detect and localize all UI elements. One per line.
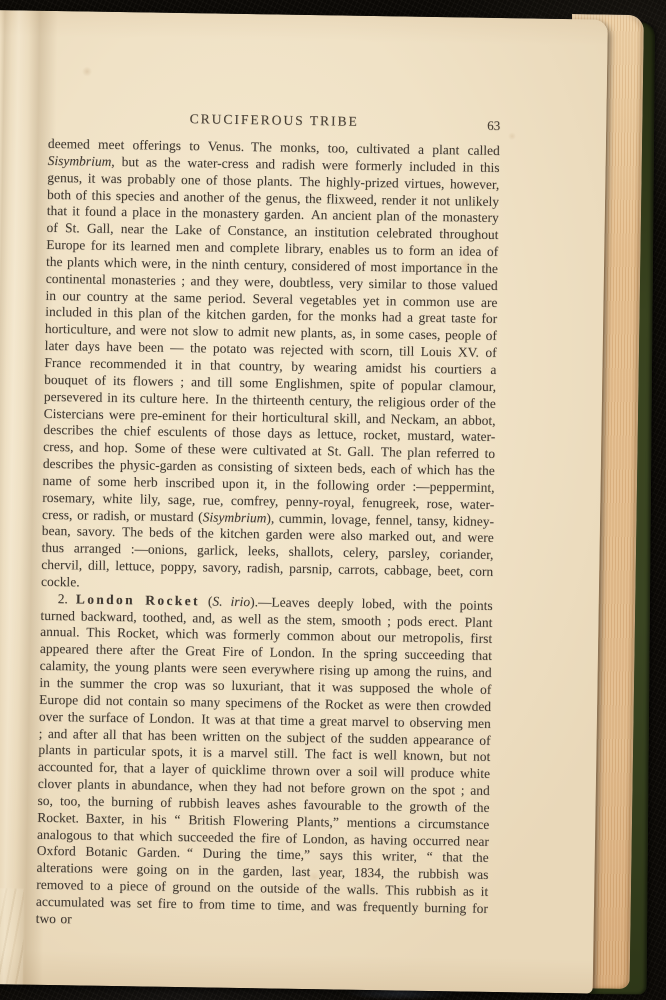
body-text: deemed meet offerings to Venus. The monk… <box>36 136 500 935</box>
text-segment: Sisymbrium <box>203 509 267 525</box>
text-segment: 2. <box>58 591 76 606</box>
running-title: CRUCIFEROUS TRIBE <box>48 109 500 132</box>
text-segment: London Rocket <box>76 591 200 608</box>
page-stack-corner <box>0 888 24 985</box>
page-number: 63 <box>487 118 500 134</box>
text-segment: ( <box>200 593 213 608</box>
text-segment: , but as the water-cress and radish were… <box>42 154 500 524</box>
text-segment: Sisymbrium <box>48 153 112 169</box>
text-segment: S. irio <box>212 593 250 609</box>
book-page: CRUCIFEROUS TRIBE 63 deemed meet offerin… <box>0 10 608 994</box>
paragraph: deemed meet offerings to Venus. The monk… <box>41 136 500 598</box>
paragraph: 2. London Rocket (S. irio).—Leaves deepl… <box>36 591 493 935</box>
page-header: CRUCIFEROUS TRIBE 63 <box>48 109 500 136</box>
book-photo-scene: CRUCIFEROUS TRIBE 63 deemed meet offerin… <box>0 0 666 1000</box>
text-segment: ).—Leaves deeply lobed, with the points … <box>36 594 493 926</box>
page-content: CRUCIFEROUS TRIBE 63 deemed meet offerin… <box>36 109 501 935</box>
